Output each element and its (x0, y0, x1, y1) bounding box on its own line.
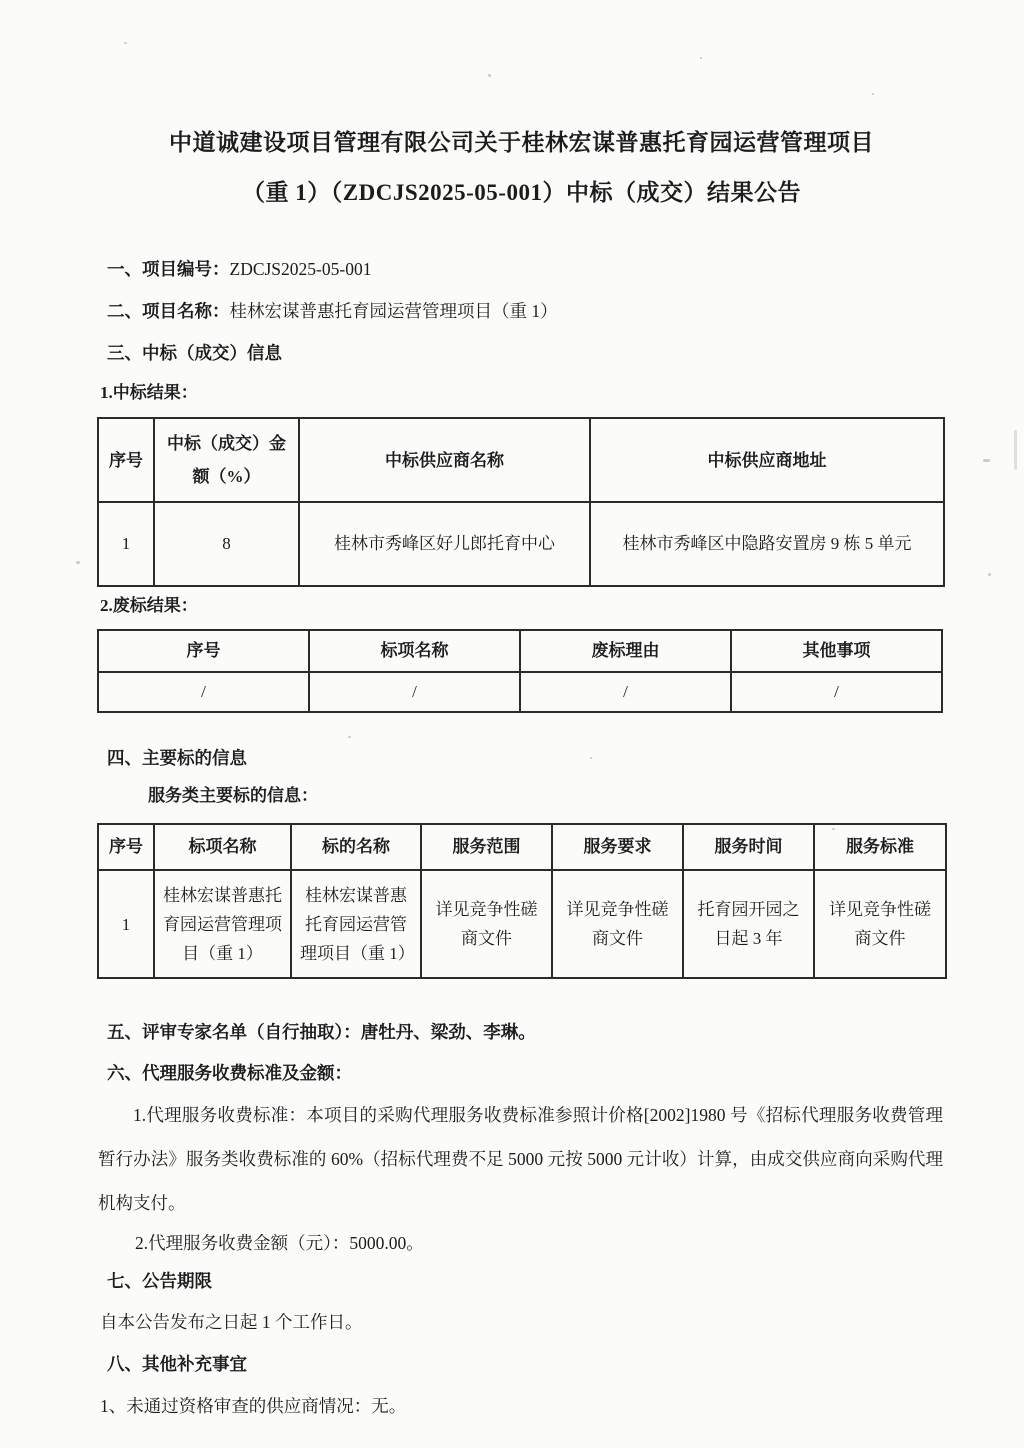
subject-col-service-requirement: 服务要求 (552, 824, 683, 870)
scan-speck (488, 74, 491, 77)
subject-cell-lot-name: 桂林宏谋普惠托育园运营管理项目（重 1） (154, 870, 291, 978)
invalid-col-seq: 序号 (98, 630, 309, 672)
project-number-value: ZDCJS2025-05-001 (230, 259, 372, 279)
table-header-row: 序号 标项名称 标的名称 服务范围 服务要求 服务时间 服务标准 (98, 824, 946, 870)
award-result-table: 序号 中标（成交）金额（%） 中标供应商名称 中标供应商地址 1 8 桂林市秀峰… (97, 417, 945, 587)
subject-col-subject-name: 标的名称 (291, 824, 421, 870)
invalid-col-other: 其他事项 (731, 630, 942, 672)
subject-cell-service-time: 托育园开园之日起 3 年 (683, 870, 814, 978)
subject-cell-service-requirement: 详见竞争性磋商文件 (552, 870, 683, 978)
invalid-cell-reason: / (520, 672, 731, 712)
main-subject-subheading: 服务类主要标的信息： (148, 775, 943, 817)
award-col-seq: 序号 (98, 418, 154, 502)
subject-info-table: 序号 标项名称 标的名称 服务范围 服务要求 服务时间 服务标准 1 桂林宏谋普… (97, 823, 947, 979)
invalid-cell-lot-name: / (309, 672, 520, 712)
agency-fee-amount-paragraph: 2.代理服务收费金额（元）：5000.00。 (100, 1225, 943, 1261)
section-project-number-label: 一、项目编号： (107, 259, 230, 279)
subject-col-lot-name: 标项名称 (154, 824, 291, 870)
award-result-label: 1.中标结果： (100, 374, 943, 412)
scan-speck (832, 828, 835, 830)
subject-cell-service-standard: 详见竞争性磋商文件 (814, 870, 946, 978)
section-award-info: 三、中标（成交）信息 (107, 332, 943, 374)
agency-fee-standard-paragraph: 1.代理服务收费标准：本项目的采购代理服务收费标准参照计价格[2002]1980… (98, 1093, 943, 1225)
scan-speck (76, 561, 80, 564)
subject-cell-seq: 1 (98, 870, 154, 978)
section-main-subject: 四、主要标的信息 (107, 741, 943, 775)
section-project-name: 二、项目名称：桂林宏谋普惠托育园运营管理项目（重 1） (107, 290, 943, 332)
section-project-number: 一、项目编号：ZDCJS2025-05-001 (107, 248, 943, 290)
document-title: 中道诚建设项目管理有限公司关于桂林宏谋普惠托育园运营管理项目 （重 1）（ZDC… (100, 118, 943, 218)
invalid-cell-other: / (731, 672, 942, 712)
invalid-col-reason: 废标理由 (520, 630, 731, 672)
scan-speck (348, 736, 351, 738)
invalid-result-label: 2.废标结果： (100, 591, 943, 621)
award-cell-seq: 1 (98, 502, 154, 586)
scanned-document: { "title": { "line1": "中道诚建设项目管理有限公司关于桂林… (0, 0, 1024, 1448)
section-experts: 五、评审专家名单（自行抽取）：唐牡丹、梁劲、李琳。 (107, 1011, 943, 1053)
subject-col-service-standard: 服务标准 (814, 824, 946, 870)
other-matters-item: 1、未通过资格审查的供应商情况：无。 (100, 1385, 943, 1427)
scan-speck (983, 459, 990, 462)
table-row: 1 桂林宏谋普惠托育园运营管理项目（重 1） 桂林宏谋普惠托育园运营管理项目（重… (98, 870, 946, 978)
scan-speck (988, 573, 991, 576)
section-project-name-label: 二、项目名称： (107, 301, 230, 321)
table-row: 1 8 桂林市秀峰区好儿郎托育中心 桂林市秀峰区中隐路安置房 9 栋 5 单元 (98, 502, 944, 586)
table-row: / / / / (98, 672, 942, 712)
section-agency-fee: 六、代理服务收费标准及金额： (107, 1053, 943, 1093)
scan-speck (1014, 430, 1017, 470)
scan-speck (124, 42, 127, 44)
table-header-row: 序号 中标（成交）金额（%） 中标供应商名称 中标供应商地址 (98, 418, 944, 502)
scan-speck (872, 93, 874, 95)
announcement-period-body: 自本公告发布之日起 1 个工作日。 (100, 1301, 943, 1343)
award-col-amount: 中标（成交）金额（%） (154, 418, 299, 502)
scan-speck (700, 57, 702, 59)
title-line-1: 中道诚建设项目管理有限公司关于桂林宏谋普惠托育园运营管理项目 (100, 118, 943, 168)
award-cell-supplier-address: 桂林市秀峰区中隐路安置房 9 栋 5 单元 (590, 502, 944, 586)
subject-col-service-time: 服务时间 (683, 824, 814, 870)
section-announcement-period: 七、公告期限 (107, 1261, 943, 1301)
award-cell-amount: 8 (154, 502, 299, 586)
award-col-supplier-address: 中标供应商地址 (590, 418, 944, 502)
section-other-matters: 八、其他补充事宜 (107, 1343, 943, 1385)
invalid-col-lot-name: 标项名称 (309, 630, 520, 672)
title-line-2: （重 1）（ZDCJS2025-05-001）中标（成交）结果公告 (100, 168, 943, 218)
subject-col-service-scope: 服务范围 (421, 824, 552, 870)
document-page: 中道诚建设项目管理有限公司关于桂林宏谋普惠托育园运营管理项目 （重 1）（ZDC… (100, 0, 943, 1427)
invalid-bid-table: 序号 标项名称 废标理由 其他事项 / / / / (97, 629, 943, 713)
subject-cell-subject-name: 桂林宏谋普惠托育园运营管理项目（重 1） (291, 870, 421, 978)
award-col-supplier-name: 中标供应商名称 (299, 418, 590, 502)
subject-col-seq: 序号 (98, 824, 154, 870)
award-cell-supplier-name: 桂林市秀峰区好儿郎托育中心 (299, 502, 590, 586)
scan-speck (590, 757, 592, 759)
invalid-cell-seq: / (98, 672, 309, 712)
subject-cell-service-scope: 详见竞争性磋商文件 (421, 870, 552, 978)
table-header-row: 序号 标项名称 废标理由 其他事项 (98, 630, 942, 672)
project-name-value: 桂林宏谋普惠托育园运营管理项目（重 1） (230, 301, 558, 321)
